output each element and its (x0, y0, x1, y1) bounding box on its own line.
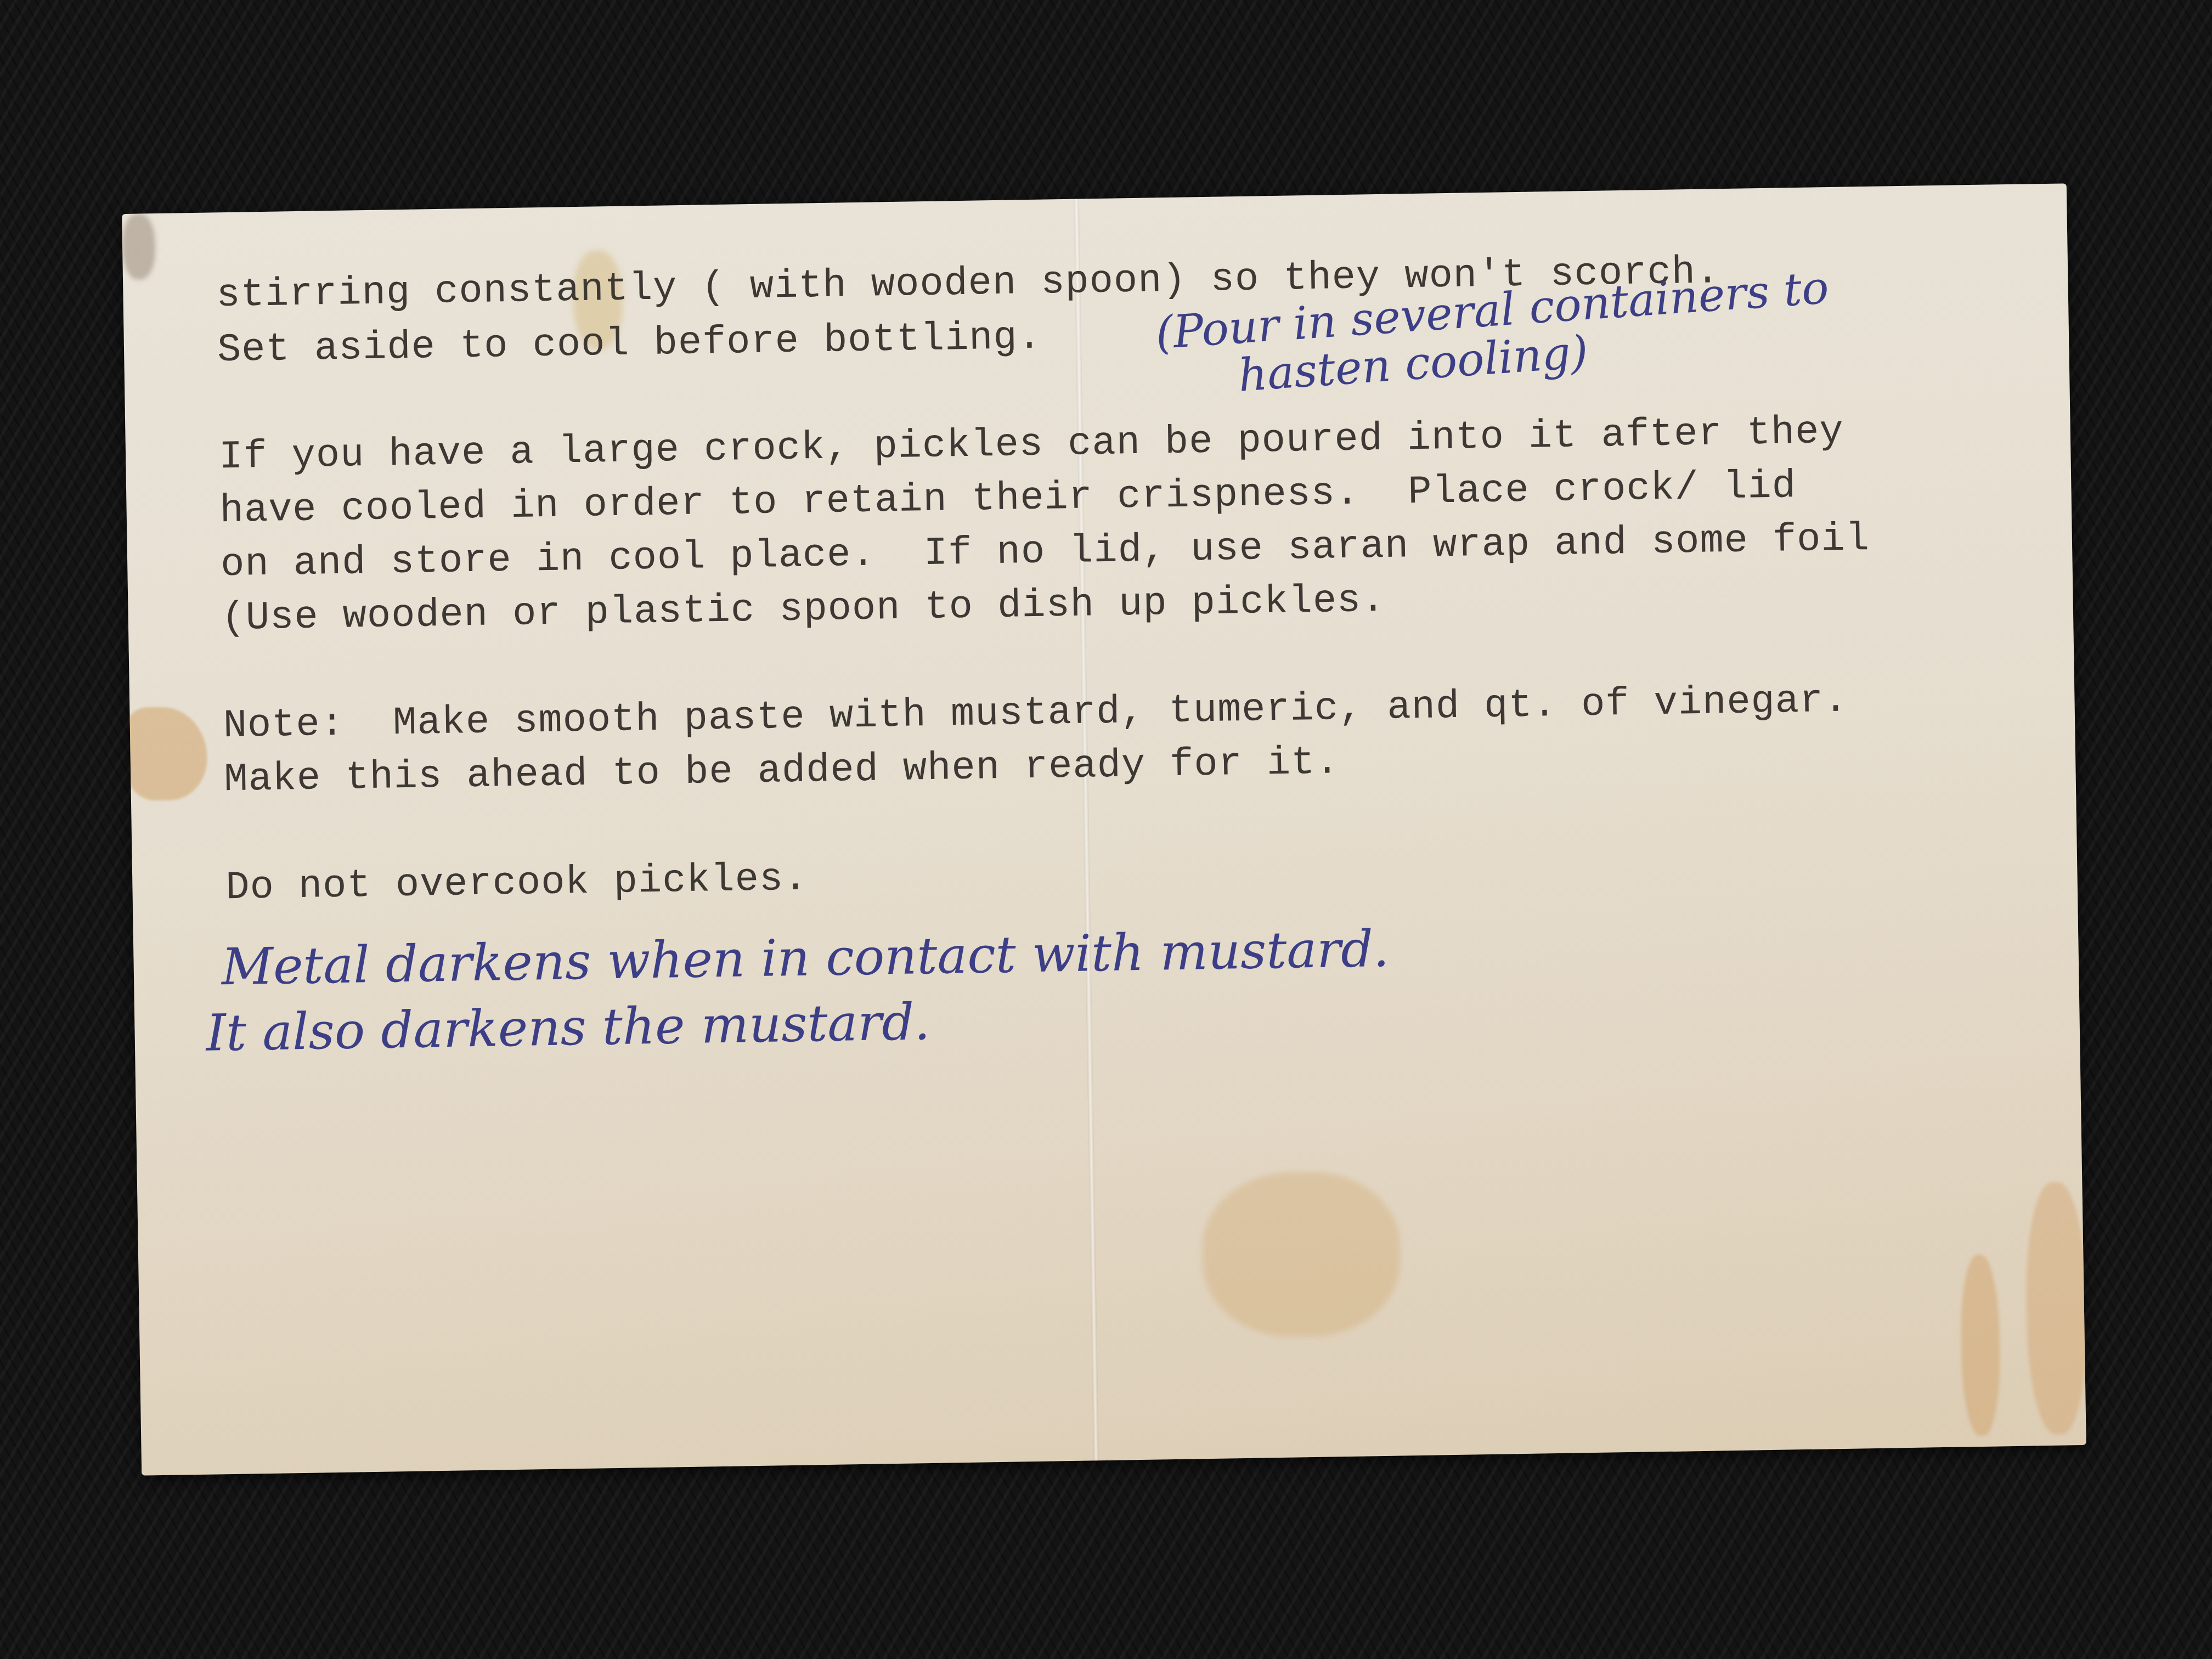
corner-stain (122, 213, 156, 280)
typed-line-2: Set aside to cool before bottling. (217, 318, 1042, 370)
fold-crease (1074, 199, 1099, 1461)
typed-note-line-1: Note: Make smooth paste with mustard, tu… (223, 681, 1848, 746)
typed-note-line-2: Make this ahead to be added when ready f… (224, 742, 1340, 799)
recipe-card: stirring constantly ( with wooden spoon)… (122, 183, 2086, 1475)
typed-line-6: (Use wooden or plastic spoon to dish up … (221, 580, 1386, 638)
stain-left-edge (124, 707, 208, 801)
stain-bottom-right-1 (1960, 1254, 2001, 1436)
stain-bottom-right-2 (2024, 1182, 2086, 1435)
stain-center (1201, 1171, 1402, 1339)
typed-line-overcook: Do not overcook pickles. (225, 859, 808, 908)
handwritten-note-darkens: It also darkens the mustard. (206, 997, 930, 1059)
handwritten-note-metal: Metal darkens when in contact with musta… (221, 924, 1390, 992)
